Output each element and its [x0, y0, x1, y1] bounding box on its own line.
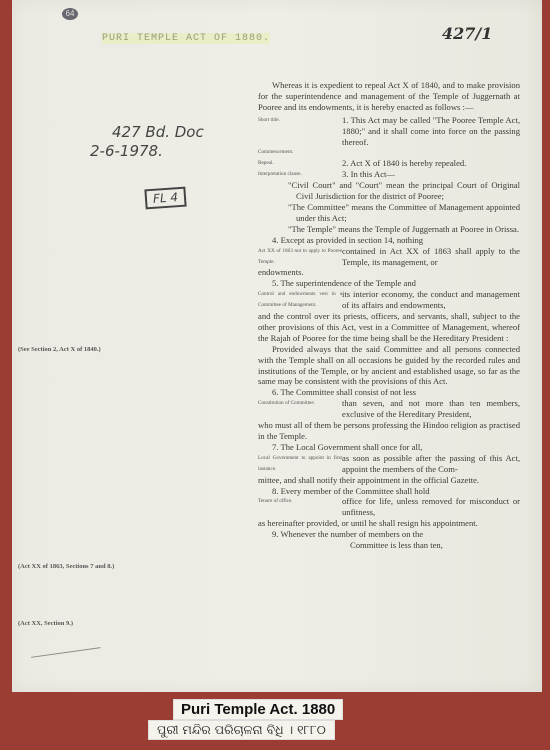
typed-header: PURI TEMPLE ACT OF 1880.: [102, 33, 270, 44]
side-note: Short title.: [258, 115, 342, 148]
side-note: Act XX of 1863 not to apply to Pooree Te…: [258, 246, 342, 268]
section-7: Local Government to appoint in first ins…: [258, 453, 520, 475]
section-5-tail: and the control over its priests, office…: [258, 311, 520, 344]
side-note: Control and endowments vest in a Committ…: [258, 289, 342, 311]
section-4-lead: 4. Except as provided in section 14, not…: [258, 235, 520, 246]
document-page: 64 PURI TEMPLE ACT OF 1880. 427/1 427 Bd…: [12, 0, 542, 692]
section-6-tail: who must all of them be persons professi…: [258, 420, 520, 442]
section-text: 3. In this Act—: [342, 169, 520, 180]
side-note: Local Government to appoint in first ins…: [258, 453, 342, 475]
side-note: Repeal.: [258, 158, 342, 169]
side-note: Tenure of office.: [258, 496, 342, 518]
section-7-lead: 7. The Local Government shall once for a…: [258, 442, 520, 453]
handwritten-date: 2-6-1978.: [90, 142, 163, 160]
section-2: Repeal. 2. Act X of 1840 is hereby repea…: [258, 158, 520, 169]
section-4-tail: endowments.: [258, 267, 520, 278]
section-4: Act XX of 1863 not to apply to Pooree Te…: [258, 246, 520, 268]
stamp-box: FL 4: [144, 187, 186, 210]
section-3: Interpretation clause. 3. In this Act—: [258, 169, 520, 180]
handwritten-reference: 427 Bd. Doc: [112, 123, 204, 141]
section-text: as soon as possible after the passing of…: [342, 453, 520, 475]
section-text: than seven, and not more than ten member…: [342, 398, 520, 420]
side-note: Interpretation clause.: [258, 169, 342, 180]
section-5-lead: 5. The superintendence of the Temple and: [258, 278, 520, 289]
caption-english: Puri Temple Act. 1880: [173, 699, 343, 720]
margin-note: (Act XX, Section 9.): [18, 620, 73, 627]
section-text: contained in Act XX of 1863 shall apply …: [342, 246, 520, 268]
section-9-text: Committee is less than ten,: [258, 540, 520, 551]
section-7-tail: mittee, and shall notify their appointme…: [258, 475, 520, 486]
section-8-tail: as hereinafter provided, or until he sha…: [258, 518, 520, 529]
margin-note: (Act XX of 1863, Sections 7 and 8.): [18, 563, 114, 570]
definition: "The Temple" means the Temple of Juggern…: [258, 224, 520, 235]
section-8: Tenure of office. office for life, unles…: [258, 496, 520, 518]
section-text: office for life, unless removed for misc…: [342, 496, 520, 518]
punch-hole-mark: 64: [62, 8, 78, 20]
section-5: Control and endowments vest in a Committ…: [258, 289, 520, 311]
section-text: 1. This Act may be called "The Pooree Te…: [342, 115, 520, 148]
section-text: 2. Act X of 1840 is hereby repealed.: [342, 158, 520, 169]
section-text: its interior economy, the conduct and ma…: [342, 289, 520, 311]
side-note: Commencement.: [258, 147, 342, 158]
definition: "The Committee" means the Committee of M…: [258, 202, 520, 224]
caption-odia: ପୁରୀ ମନ୍ଦିର ପରିଚାଳନା ବିଧି । ୧୮୮୦: [148, 720, 335, 740]
section-6-lead: 6. The Committee shall consist of not le…: [258, 387, 520, 398]
section-1: Short title. 1. This Act may be called "…: [258, 115, 520, 148]
act-body: Whereas it is expedient to repeal Act X …: [258, 80, 520, 551]
side-note: Constitution of Committee.: [258, 398, 342, 420]
pencil-scribble: [29, 635, 100, 658]
section-5-proviso: Provided always that the said Committee …: [258, 344, 520, 388]
section-commencement: Commencement.: [258, 147, 520, 158]
section-9-lead: 9. Whenever the number of members on the: [258, 529, 520, 540]
page-reference: 427/1: [442, 24, 492, 43]
section-8-lead: 8. Every member of the Committee shall h…: [258, 486, 520, 497]
definition: "Civil Court" and "Court" mean the princ…: [258, 180, 520, 202]
margin-note: (See Section 2, Act X of 1840.): [18, 346, 101, 353]
preamble: Whereas it is expedient to repeal Act X …: [258, 80, 520, 113]
section-6: Constitution of Committee. than seven, a…: [258, 398, 520, 420]
